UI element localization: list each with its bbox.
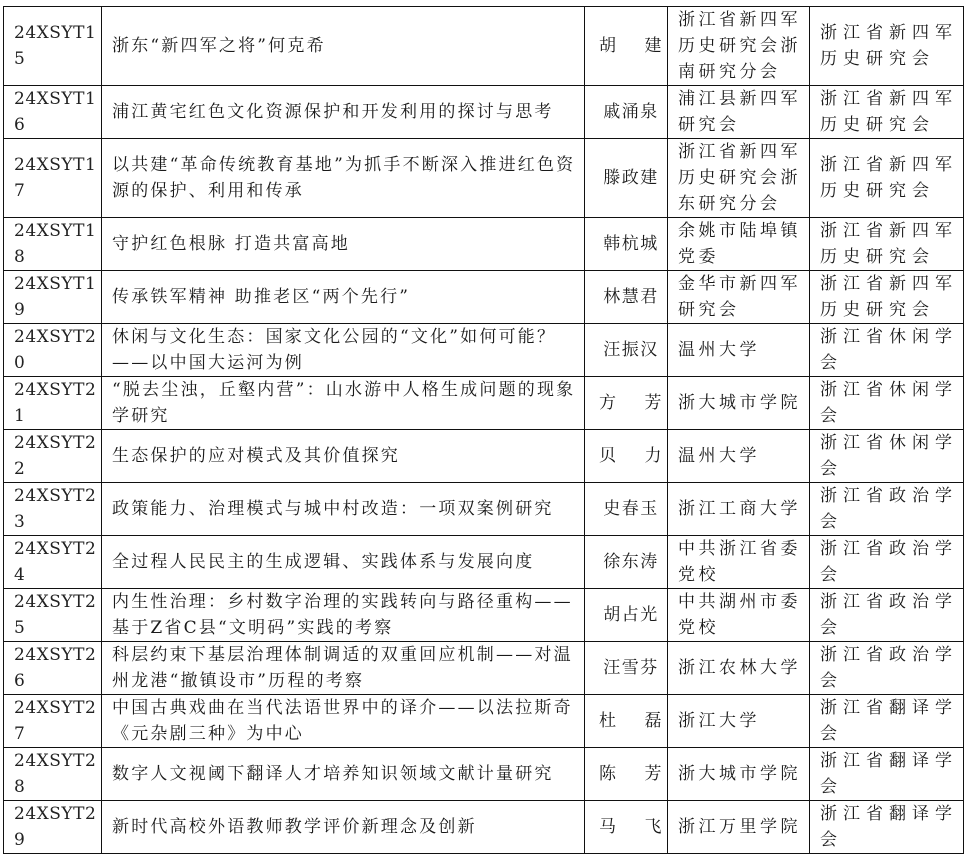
project-title: 以共建“革命传统教育基地”为抓手不断深入推进红色资源的保护、利用和传承 xyxy=(102,139,585,218)
author-unit: 浙江大学 xyxy=(668,695,810,748)
project-id: 24XSYT21 xyxy=(4,377,102,430)
author-char: 飞 xyxy=(645,814,664,840)
table-row: 24XSYT28 数字人文视阈下翻译人才培养知识领域文献计量研究 陈芳 浙大城市… xyxy=(4,748,964,801)
project-id: 24XSYT16 xyxy=(4,86,102,139)
table-row: 24XSYT15 浙东“新四军之将”何克希 胡建 浙江省新四军历史研究会浙南研究… xyxy=(4,7,964,86)
project-author: 胡占光 xyxy=(585,589,668,642)
recommending-org: 浙江省新四军历史研究会 xyxy=(810,139,964,218)
project-author: 林慧君 xyxy=(585,271,668,324)
author-unit: 浦江县新四军研究会 xyxy=(668,86,810,139)
author-unit: 温州大学 xyxy=(668,430,810,483)
table-row: 24XSYT25 内生性治理：乡村数字治理的实践转向与路径重构——基于Z省C县“… xyxy=(4,589,964,642)
project-title: 科层约束下基层治理体制调适的双重回应机制——对温州龙港“撤镇设市”历程的考察 xyxy=(102,642,585,695)
table-row: 24XSYT24 全过程人民民主的生成逻辑、实践体系与发展向度 徐东涛 中共浙江… xyxy=(4,536,964,589)
project-title: 政策能力、治理模式与城中村改造：一项双案例研究 xyxy=(102,483,585,536)
author-unit: 浙大城市学院 xyxy=(668,377,810,430)
author-char: 方 xyxy=(599,390,618,416)
recommending-org: 浙江省休闲学会 xyxy=(810,324,964,377)
author-char: 陈 xyxy=(599,761,618,787)
table-row: 24XSYT20 休闲与文化生态：国家文化公园的“文化”如何可能？——以中国大运… xyxy=(4,324,964,377)
project-title: 数字人文视阈下翻译人才培养知识领域文献计量研究 xyxy=(102,748,585,801)
table-row: 24XSYT26 科层约束下基层治理体制调适的双重回应机制——对温州龙港“撤镇设… xyxy=(4,642,964,695)
project-id: 24XSYT29 xyxy=(4,801,102,854)
table-row: 24XSYT22 生态保护的应对模式及其价值探究 贝力 温州大学 浙江省休闲学会 xyxy=(4,430,964,483)
table-row: 24XSYT23 政策能力、治理模式与城中村改造：一项双案例研究 史春玉 浙江工… xyxy=(4,483,964,536)
recommending-org: 浙江省政治学会 xyxy=(810,589,964,642)
project-id: 24XSYT15 xyxy=(4,7,102,86)
table-row: 24XSYT18 守护红色根脉 打造共富高地 韩杭城 余姚市陆埠镇党委 浙江省新… xyxy=(4,218,964,271)
author-char: 贝 xyxy=(599,443,618,469)
table-row: 24XSYT19 传承铁军精神 助推老区“两个先行” 林慧君 金华市新四军研究会… xyxy=(4,271,964,324)
recommending-org: 浙江省新四军历史研究会 xyxy=(810,218,964,271)
project-id: 24XSYT26 xyxy=(4,642,102,695)
project-title: 守护红色根脉 打造共富高地 xyxy=(102,218,585,271)
recommending-org: 浙江省政治学会 xyxy=(810,483,964,536)
author-char: 磊 xyxy=(645,708,664,734)
project-author: 马飞 xyxy=(585,801,668,854)
table-row: 24XSYT21 “脱去尘浊，丘壑内营”：山水游中人格生成问题的现象学研究 方芳… xyxy=(4,377,964,430)
author-unit: 余姚市陆埠镇党委 xyxy=(668,218,810,271)
author-unit: 浙江省新四军历史研究会浙南研究分会 xyxy=(668,7,810,86)
project-author: 史春玉 xyxy=(585,483,668,536)
project-title: 浙东“新四军之将”何克希 xyxy=(102,7,585,86)
project-title: 全过程人民民主的生成逻辑、实践体系与发展向度 xyxy=(102,536,585,589)
author-char: 芳 xyxy=(645,390,664,416)
project-id: 24XSYT19 xyxy=(4,271,102,324)
recommending-org: 浙江省翻译学会 xyxy=(810,695,964,748)
project-id: 24XSYT28 xyxy=(4,748,102,801)
project-id: 24XSYT22 xyxy=(4,430,102,483)
project-title: “脱去尘浊，丘壑内营”：山水游中人格生成问题的现象学研究 xyxy=(102,377,585,430)
project-author: 汪振汉 xyxy=(585,324,668,377)
recommending-org: 浙江省新四军历史研究会 xyxy=(810,86,964,139)
project-author: 胡建 xyxy=(585,7,668,86)
project-author: 戚涌泉 xyxy=(585,86,668,139)
project-id: 24XSYT18 xyxy=(4,218,102,271)
recommending-org: 浙江省新四军历史研究会 xyxy=(810,7,964,86)
project-id: 24XSYT27 xyxy=(4,695,102,748)
recommending-org: 浙江省休闲学会 xyxy=(810,430,964,483)
project-title: 新时代高校外语教师教学评价新理念及创新 xyxy=(102,801,585,854)
project-title: 生态保护的应对模式及其价值探究 xyxy=(102,430,585,483)
author-char: 建 xyxy=(645,33,664,59)
project-author: 贝力 xyxy=(585,430,668,483)
project-title: 中国古典戏曲在当代法语世界中的译介——以法拉斯奇《元杂剧三种》为中心 xyxy=(102,695,585,748)
table-row: 24XSYT17 以共建“革命传统教育基地”为抓手不断深入推进红色资源的保护、利… xyxy=(4,139,964,218)
author-unit: 浙江万里学院 xyxy=(668,801,810,854)
project-title: 浦江黄宅红色文化资源保护和开发利用的探讨与思考 xyxy=(102,86,585,139)
project-id: 24XSYT17 xyxy=(4,139,102,218)
table-row: 24XSYT27 中国古典戏曲在当代法语世界中的译介——以法拉斯奇《元杂剧三种》… xyxy=(4,695,964,748)
author-unit: 金华市新四军研究会 xyxy=(668,271,810,324)
author-unit: 浙江省新四军历史研究会浙东研究分会 xyxy=(668,139,810,218)
author-unit: 浙江工商大学 xyxy=(668,483,810,536)
project-table: 24XSYT15 浙东“新四军之将”何克希 胡建 浙江省新四军历史研究会浙南研究… xyxy=(3,6,964,854)
project-author: 滕政建 xyxy=(585,139,668,218)
project-author: 方芳 xyxy=(585,377,668,430)
author-char: 胡 xyxy=(599,33,618,59)
recommending-org: 浙江省政治学会 xyxy=(810,536,964,589)
author-unit: 浙江农林大学 xyxy=(668,642,810,695)
recommending-org: 浙江省休闲学会 xyxy=(810,377,964,430)
project-id: 24XSYT24 xyxy=(4,536,102,589)
table-row: 24XSYT16 浦江黄宅红色文化资源保护和开发利用的探讨与思考 戚涌泉 浦江县… xyxy=(4,86,964,139)
recommending-org: 浙江省翻译学会 xyxy=(810,801,964,854)
project-id: 24XSYT23 xyxy=(4,483,102,536)
author-char: 力 xyxy=(645,443,664,469)
author-unit: 中共浙江省委党校 xyxy=(668,536,810,589)
project-title: 传承铁军精神 助推老区“两个先行” xyxy=(102,271,585,324)
project-author: 徐东涛 xyxy=(585,536,668,589)
project-author: 杜磊 xyxy=(585,695,668,748)
author-char: 马 xyxy=(599,814,618,840)
recommending-org: 浙江省新四军历史研究会 xyxy=(810,271,964,324)
author-char: 芳 xyxy=(645,761,664,787)
author-unit: 中共湖州市委党校 xyxy=(668,589,810,642)
project-author: 陈芳 xyxy=(585,748,668,801)
project-id: 24XSYT25 xyxy=(4,589,102,642)
project-author: 汪雪芬 xyxy=(585,642,668,695)
project-title: 内生性治理：乡村数字治理的实践转向与路径重构——基于Z省C县“文明码”实践的考察 xyxy=(102,589,585,642)
author-char: 杜 xyxy=(599,708,618,734)
recommending-org: 浙江省政治学会 xyxy=(810,642,964,695)
author-unit: 浙大城市学院 xyxy=(668,748,810,801)
table-row: 24XSYT29 新时代高校外语教师教学评价新理念及创新 马飞 浙江万里学院 浙… xyxy=(4,801,964,854)
author-unit: 温州大学 xyxy=(668,324,810,377)
project-title: 休闲与文化生态：国家文化公园的“文化”如何可能？——以中国大运河为例 xyxy=(102,324,585,377)
project-id: 24XSYT20 xyxy=(4,324,102,377)
project-author: 韩杭城 xyxy=(585,218,668,271)
recommending-org: 浙江省翻译学会 xyxy=(810,748,964,801)
